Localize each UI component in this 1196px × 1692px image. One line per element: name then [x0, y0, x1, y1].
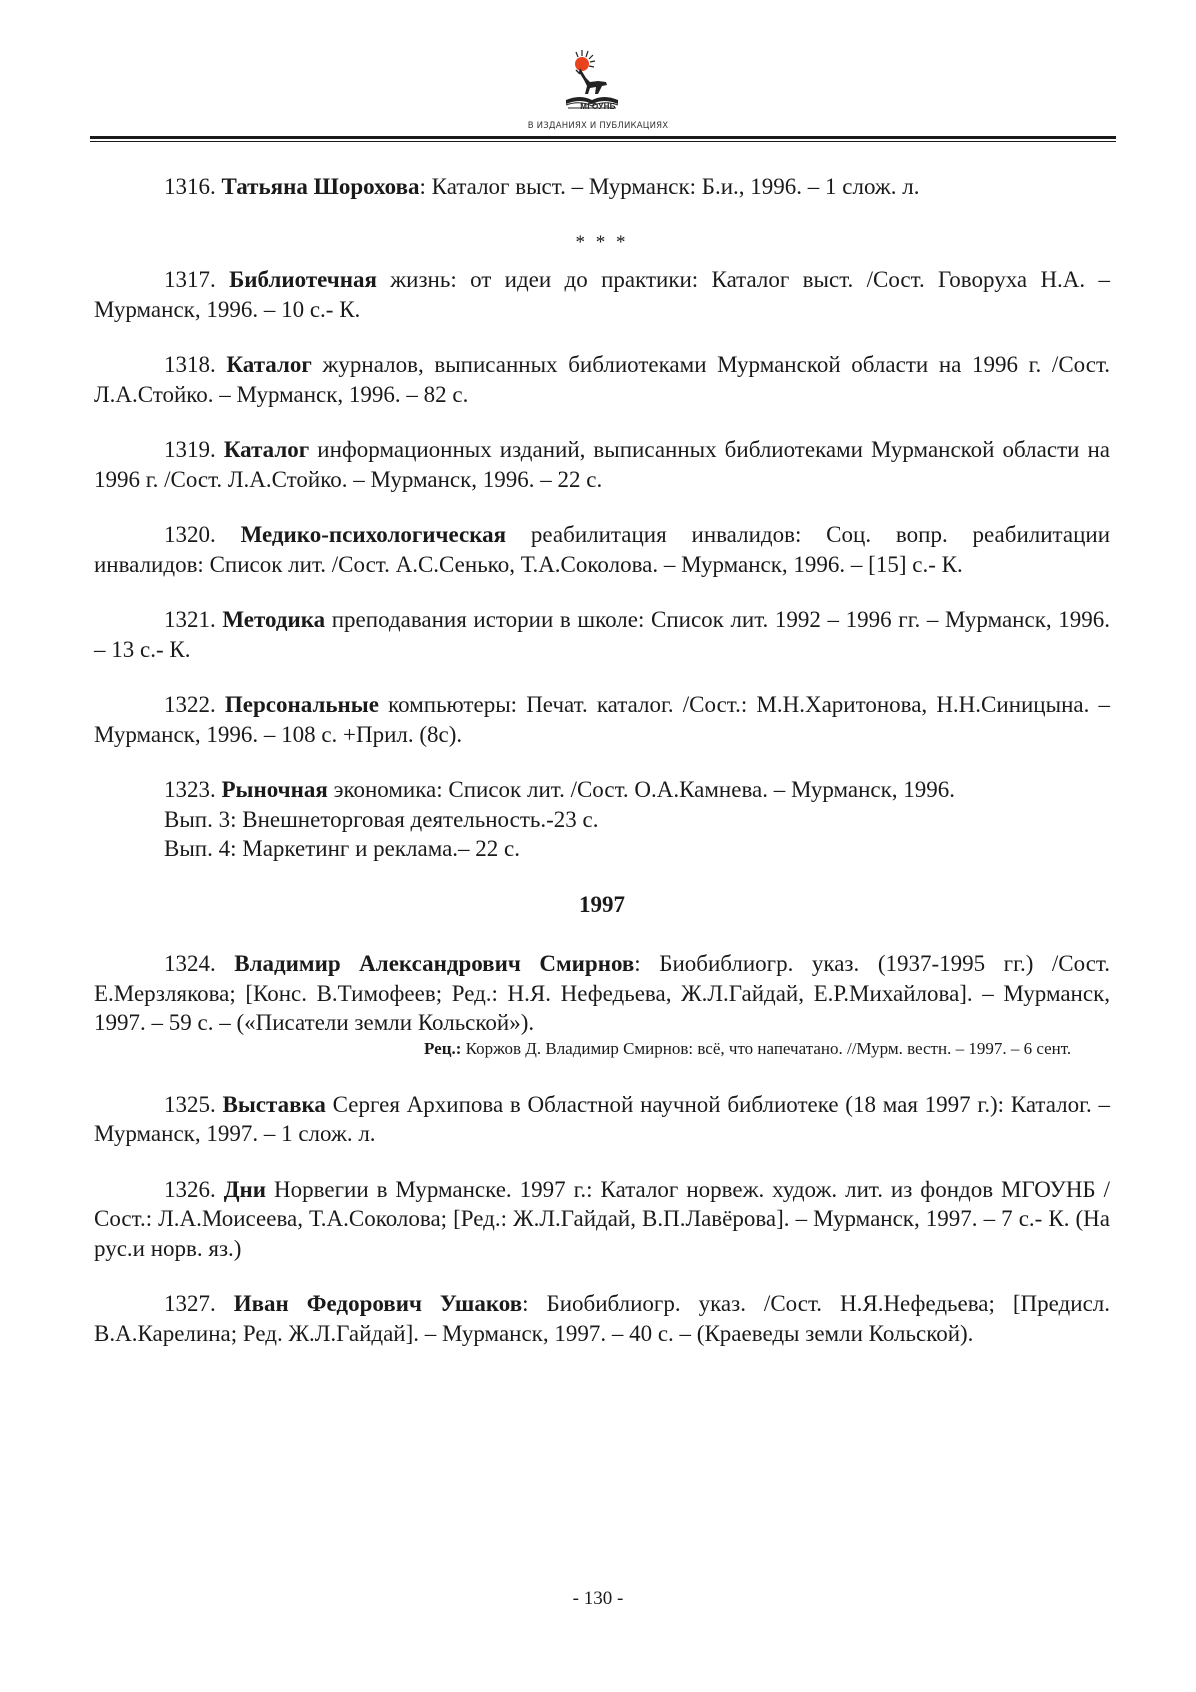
entry-1318: 1318. Каталог журналов, выписанных библи… — [94, 350, 1110, 409]
entry-text: : Каталог выст. – Мурманск: Б.и., 1996. … — [420, 174, 920, 199]
entry-title-bold: Каталог — [226, 352, 311, 377]
entry-number: 1327. — [164, 1291, 216, 1316]
review-note: Рец.: Коржов Д. Владимир Смирнов: всё, ч… — [94, 1038, 1110, 1060]
entry-number: 1316. — [164, 174, 216, 199]
entry-1317: 1317. Библиотечная жизнь: от идеи до пра… — [94, 265, 1110, 324]
year-heading: 1997 — [94, 890, 1110, 920]
page-header: МГОУНБ В ИЗДАНИЯХ И ПУБЛИКАЦИЯХ — [0, 0, 1196, 140]
entry-1327: 1327. Иван Федорович Ушаков: Биобиблиогр… — [94, 1289, 1110, 1348]
entry-title-bold: Владимир Александрович Смирнов — [234, 951, 634, 976]
entry-1321: 1321. Методика преподавания истории в шк… — [94, 605, 1110, 664]
entry-number: 1323. — [164, 777, 216, 802]
entry-number: 1321. — [164, 607, 216, 632]
entry-1322: 1322. Персональные компьютеры: Печат. ка… — [94, 690, 1110, 749]
review-label: Рец.: — [424, 1039, 461, 1058]
entry-1316: 1316. Татьяна Шорохова: Каталог выст. – … — [94, 172, 1110, 202]
entry-1320: 1320. Медико-психологическая реабилитаци… — [94, 520, 1110, 579]
issue-line: Вып. 4: Маркетинг и реклама.– 22 с. — [94, 834, 1110, 864]
entry-1326: 1326. Дни Норвегии в Мурманске. 1997 г.:… — [94, 1175, 1110, 1264]
page-number: - 130 - — [0, 1588, 1196, 1610]
header-rule-thick — [90, 136, 1116, 139]
entry-title-bold: Выставка — [223, 1092, 326, 1117]
section-separator: * * * — [94, 228, 1110, 258]
entry-title-bold: Каталог — [224, 437, 309, 462]
header-rule-thin — [90, 141, 1116, 142]
entry-number: 1326. — [164, 1177, 216, 1202]
entry-title-bold: Татьяна Шорохова — [222, 174, 420, 199]
entry-number: 1319. — [164, 437, 216, 462]
entry-text: экономика: Список лит. /Сост. О.А.Камнев… — [328, 777, 955, 802]
entry-1323: 1323. Рыночная экономика: Список лит. /С… — [94, 775, 1110, 864]
entry-title-bold: Иван Федорович Ушаков — [234, 1291, 522, 1316]
entry-number: 1322. — [164, 692, 216, 717]
entry-number: 1320. — [164, 522, 216, 547]
entry-1324: 1324. Владимир Александрович Смирнов: Би… — [94, 949, 1110, 1038]
entry-title-bold: Методика — [222, 607, 325, 632]
entry-title-bold: Рыночная — [222, 777, 328, 802]
review-text: Коржов Д. Владимир Смирнов: всё, что нап… — [461, 1039, 1071, 1058]
logo-title: МГОУНБ — [0, 102, 1196, 111]
entry-1319: 1319. Каталог информационных изданий, вы… — [94, 435, 1110, 494]
issue-line: Вып. 3: Внешнеторговая деятельность.-23 … — [94, 805, 1110, 835]
entry-title-bold: Дни — [224, 1177, 266, 1202]
header-subtitle: В ИЗДАНИЯХ И ПУБЛИКАЦИЯХ — [0, 121, 1196, 131]
entry-number: 1325. — [164, 1092, 216, 1117]
entry-number: 1317. — [164, 267, 216, 292]
entry-1325: 1325. Выставка Сергея Архипова в Областн… — [94, 1090, 1110, 1149]
entry-title-bold: Медико-психологическая — [241, 522, 506, 547]
entry-title-bold: Библиотечная — [229, 267, 377, 292]
entry-number: 1318. — [164, 352, 216, 377]
bibliography-content: 1316. Татьяна Шорохова: Каталог выст. – … — [94, 172, 1110, 1374]
entry-number: 1324. — [164, 951, 216, 976]
entry-title-bold: Персональные — [225, 692, 379, 717]
